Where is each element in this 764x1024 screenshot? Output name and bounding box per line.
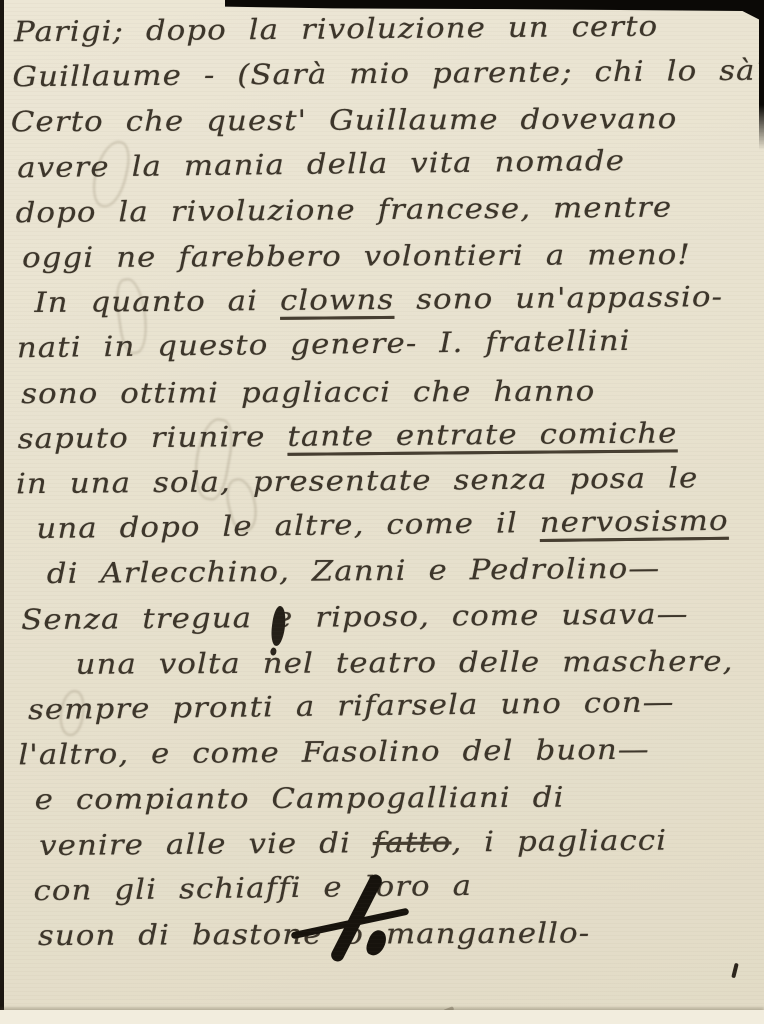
- handwritten-text: e compianto Campogalliani di: [35, 781, 565, 817]
- handwritten-text: saputo riunire: [17, 420, 287, 455]
- manuscript-line: una dopo le altre, come il nervosismo: [36, 497, 764, 552]
- handwritten-text: di Arlecchino, Zanni e Pedrolino—: [47, 552, 661, 590]
- handwritten-text: , i pagliacci: [451, 823, 667, 858]
- handwritten-text: una volta nel teatro delle maschere,: [76, 644, 734, 680]
- manuscript-line: avere la mania della vita nomade: [17, 135, 764, 190]
- handwritten-text: Certo che quest' Guillaume dovevano: [11, 102, 678, 138]
- handwritten-text: dopo la rivoluzione francese, mentre: [16, 190, 673, 229]
- handwritten-text: In quanto ai: [34, 284, 280, 319]
- manuscript-line: e compianto Campogalliani di: [35, 774, 764, 823]
- manuscript-lines: Parigi; dopo la rivoluzione un certoGuil…: [8, 3, 760, 959]
- handwritten-text-underline: tante entrate comiche: [287, 416, 677, 452]
- handwritten-text-underline: clowns: [280, 283, 395, 317]
- manuscript-line: l'altro, e come Fasolino del buon—: [18, 725, 764, 777]
- manuscript-line: saputo riunire tante entrate comiche: [17, 409, 764, 461]
- manuscript-line: dopo la rivoluzione francese, mentre: [15, 183, 764, 235]
- handwritten-text: avere la mania della vita nomade: [17, 144, 625, 184]
- scan-edge-left: [0, 0, 4, 1024]
- manuscript-page: Parigi; dopo la rivoluzione un certoGuil…: [0, 0, 764, 1024]
- handwritten-text: Senza tregua e riposo, come usava—: [21, 597, 689, 636]
- handwritten-text: venire alle vie di: [39, 826, 373, 862]
- manuscript-line: Guillaume - (Sarà mio parente; chi lo sà…: [12, 47, 764, 99]
- page-bottom-edge: [0, 1010, 764, 1024]
- manuscript-line: sempre pronti a rifarsela uno con—: [28, 678, 764, 733]
- handwritten-text: sono un'appassio-: [394, 280, 723, 316]
- handwritten-text-underline: nervosismo: [539, 504, 728, 539]
- handwritten-text: sono ottimi pagliacci che hanno: [21, 374, 595, 410]
- manuscript-line: sono ottimi pagliacci che hanno: [21, 367, 764, 416]
- manuscript-line: Senza tregua e riposo, come usava—: [21, 590, 764, 642]
- handwritten-text: oggi ne farebbero volontieri a meno!: [22, 238, 691, 274]
- crossout-ink-blob: [364, 928, 389, 958]
- handwritten-text: l'altro, e come Fasolino del buon—: [18, 733, 650, 772]
- handwritten-text: sempre pronti a rifarsela uno con—: [28, 685, 675, 726]
- manuscript-line: nati in questo genere- I. fratellini: [17, 316, 764, 371]
- manuscript-line: oggi ne farebbero volontieri a meno!: [22, 231, 764, 280]
- handwritten-text: Parigi; dopo la rivoluzione un certo: [14, 10, 658, 49]
- manuscript-line: di Arlecchino, Zanni e Pedrolino—: [47, 545, 764, 597]
- scan-edge-right: [759, 0, 764, 150]
- handwritten-text: in una sola, presentate senza posa le: [16, 461, 699, 500]
- stray-ink-tick: [731, 963, 739, 979]
- handwritten-text: una dopo le altre, come il: [36, 506, 540, 545]
- crossout-mark: [280, 872, 440, 972]
- handwritten-text-strike: fatto: [373, 825, 452, 859]
- handwritten-text: nati in questo genere- I. fratellini: [17, 324, 631, 364]
- handwritten-text: Guillaume - (Sarà mio parente; chi lo sà…: [12, 54, 764, 94]
